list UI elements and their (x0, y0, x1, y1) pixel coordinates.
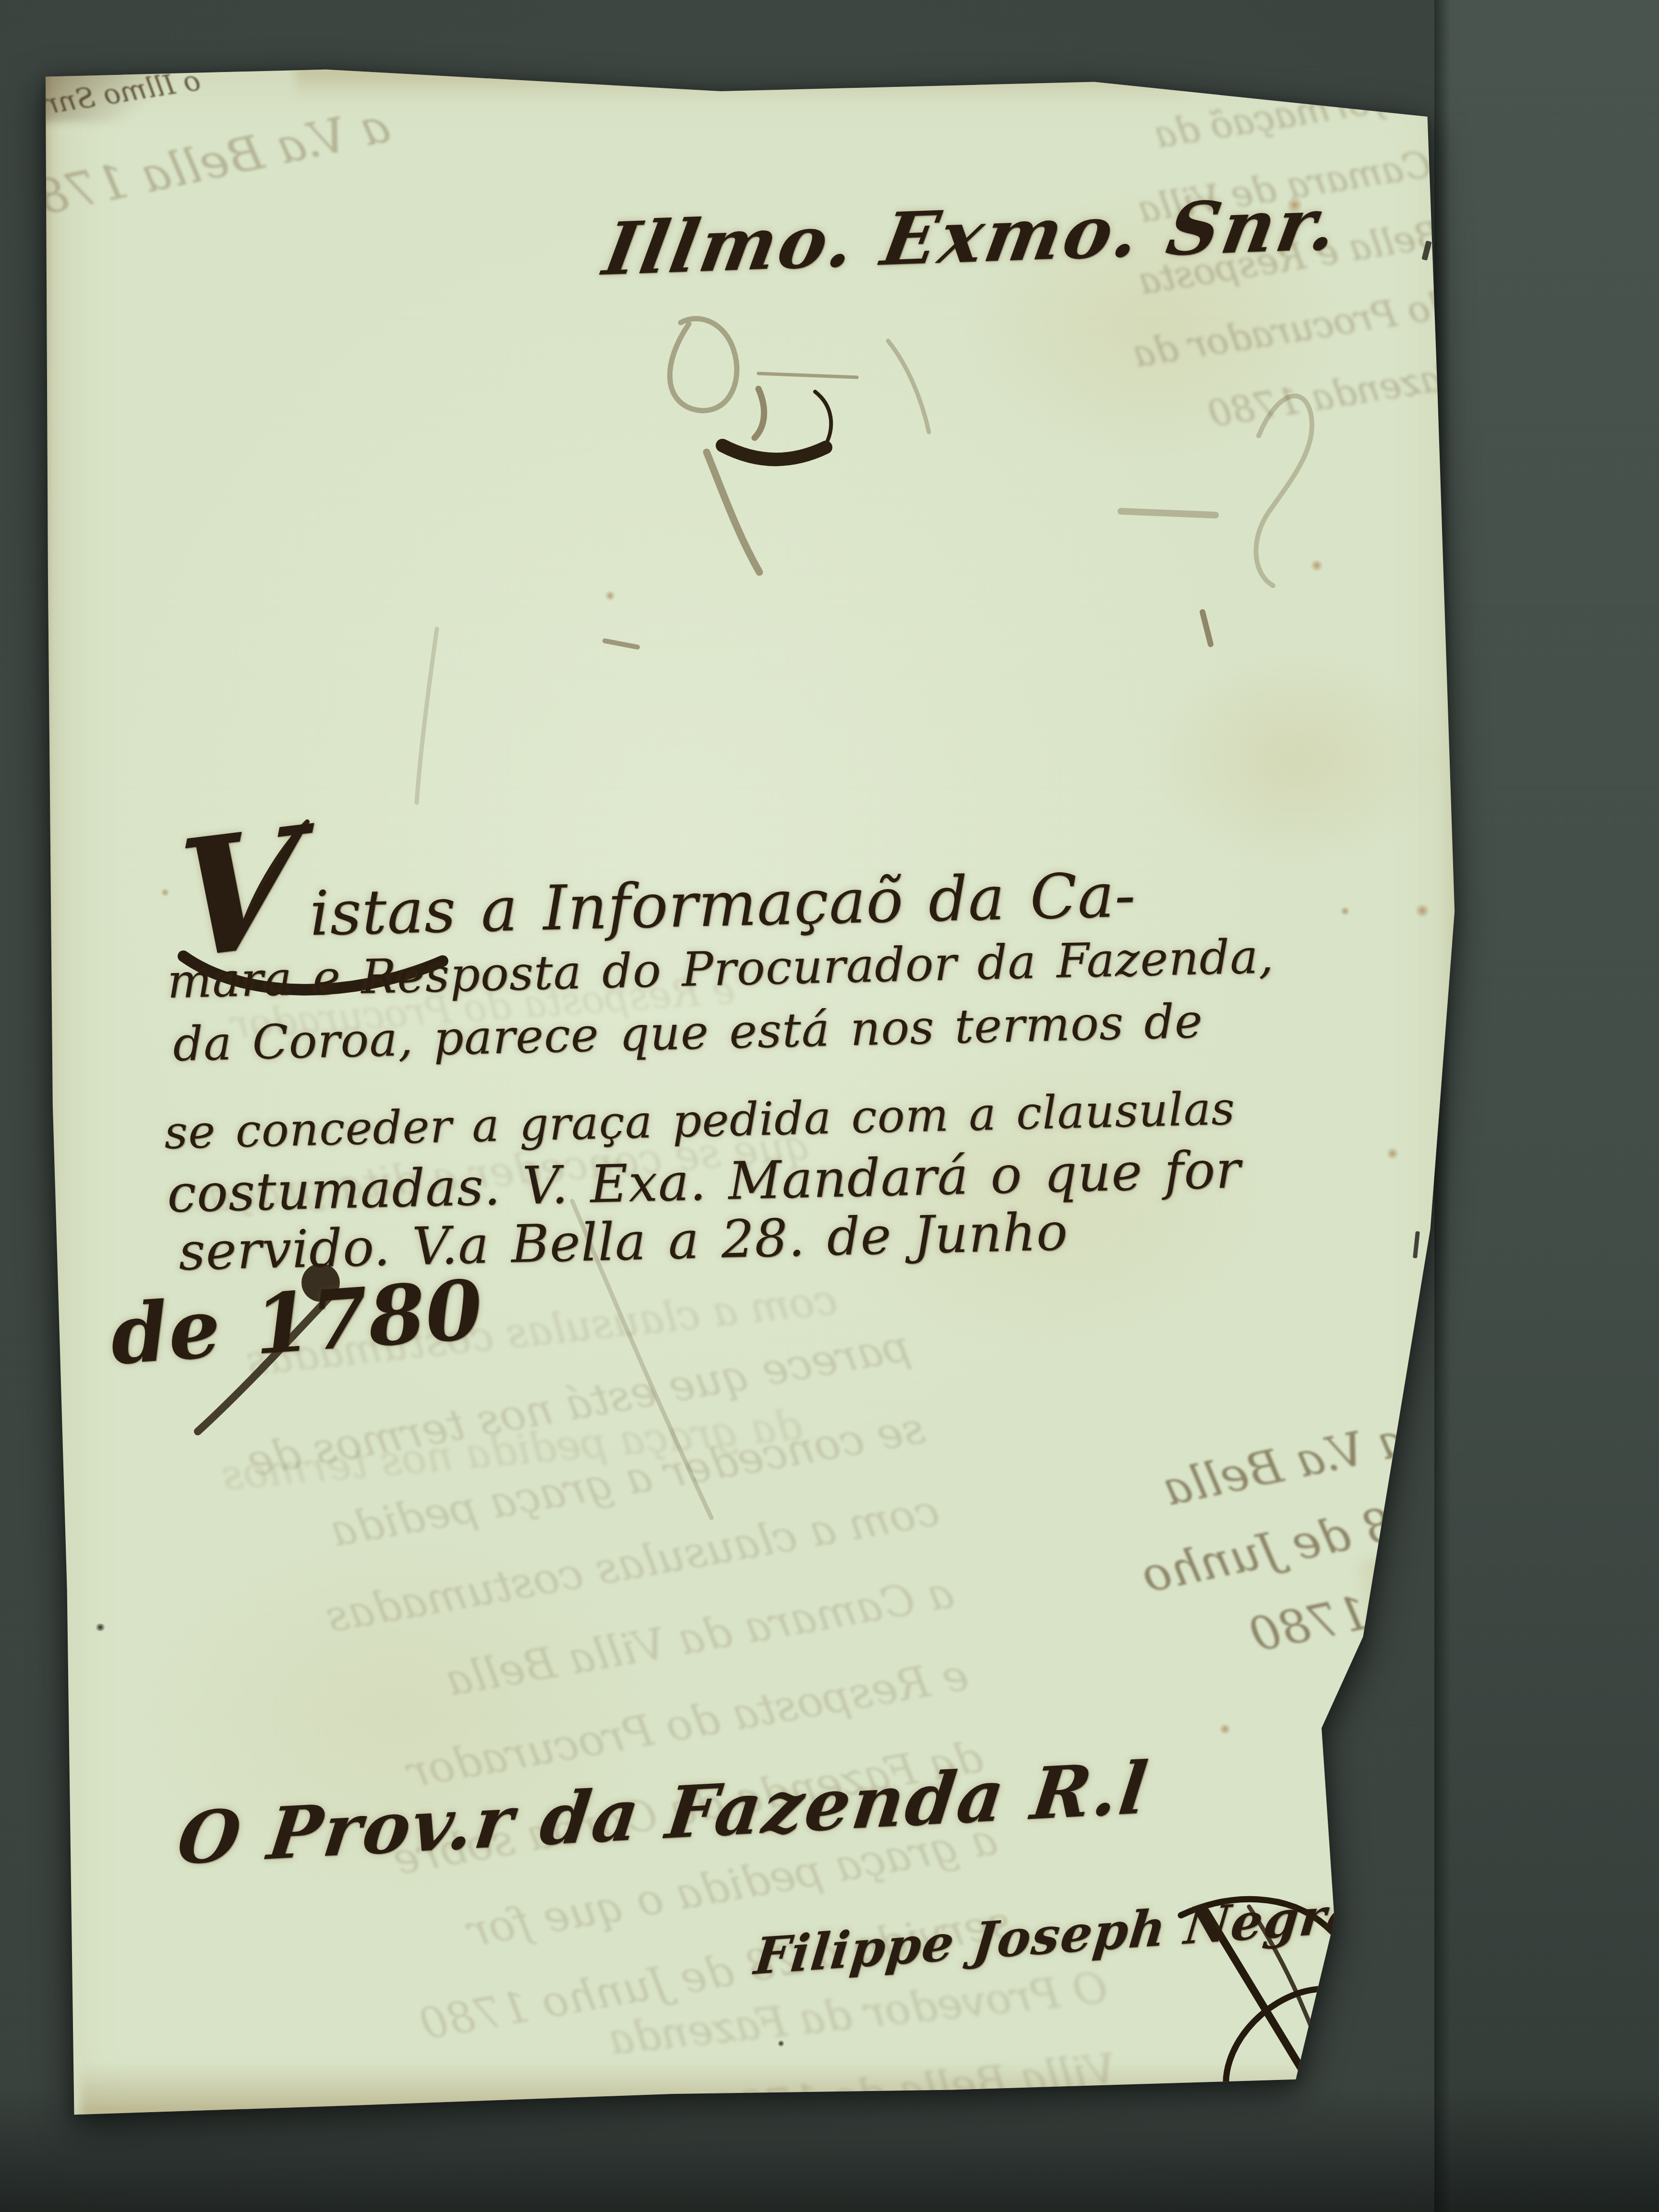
paper-sheet-wrap: o Illmo Snr a V.a Bella 178 Informaçaõ d… (38, 53, 1469, 2131)
foxing-spot (1219, 1723, 1231, 1735)
bleedthrough-right-block: a V.a Bella 28 de Junho de 1780 (1116, 1399, 1448, 1696)
foxing-spot (161, 888, 169, 897)
edge-nick (1413, 1231, 1420, 1259)
edge-toning-top (296, 66, 1183, 100)
foxing-spot (605, 590, 615, 601)
bleedthrough-top-left-note: o Illmo Snr (43, 64, 203, 120)
edge-nick (1425, 1401, 1431, 1418)
foxing-spot (1310, 559, 1323, 572)
manuscript-paper: o Illmo Snr a V.a Bella 178 Informaçaõ d… (38, 53, 1469, 2131)
foxing-spot (1340, 906, 1350, 916)
edge-nick (1451, 986, 1455, 1008)
foxing-spot (1386, 1147, 1399, 1160)
ink-speck (48, 1244, 56, 1252)
bleedthrough-top-left-ghost: a V.a Bella 178 (32, 96, 395, 226)
paraph-flourish (722, 392, 831, 459)
foxing-spot (1415, 903, 1430, 918)
photographed-manuscript-page: { "scene": { "backdrop_color": "#3a423e"… (0, 0, 1659, 2212)
